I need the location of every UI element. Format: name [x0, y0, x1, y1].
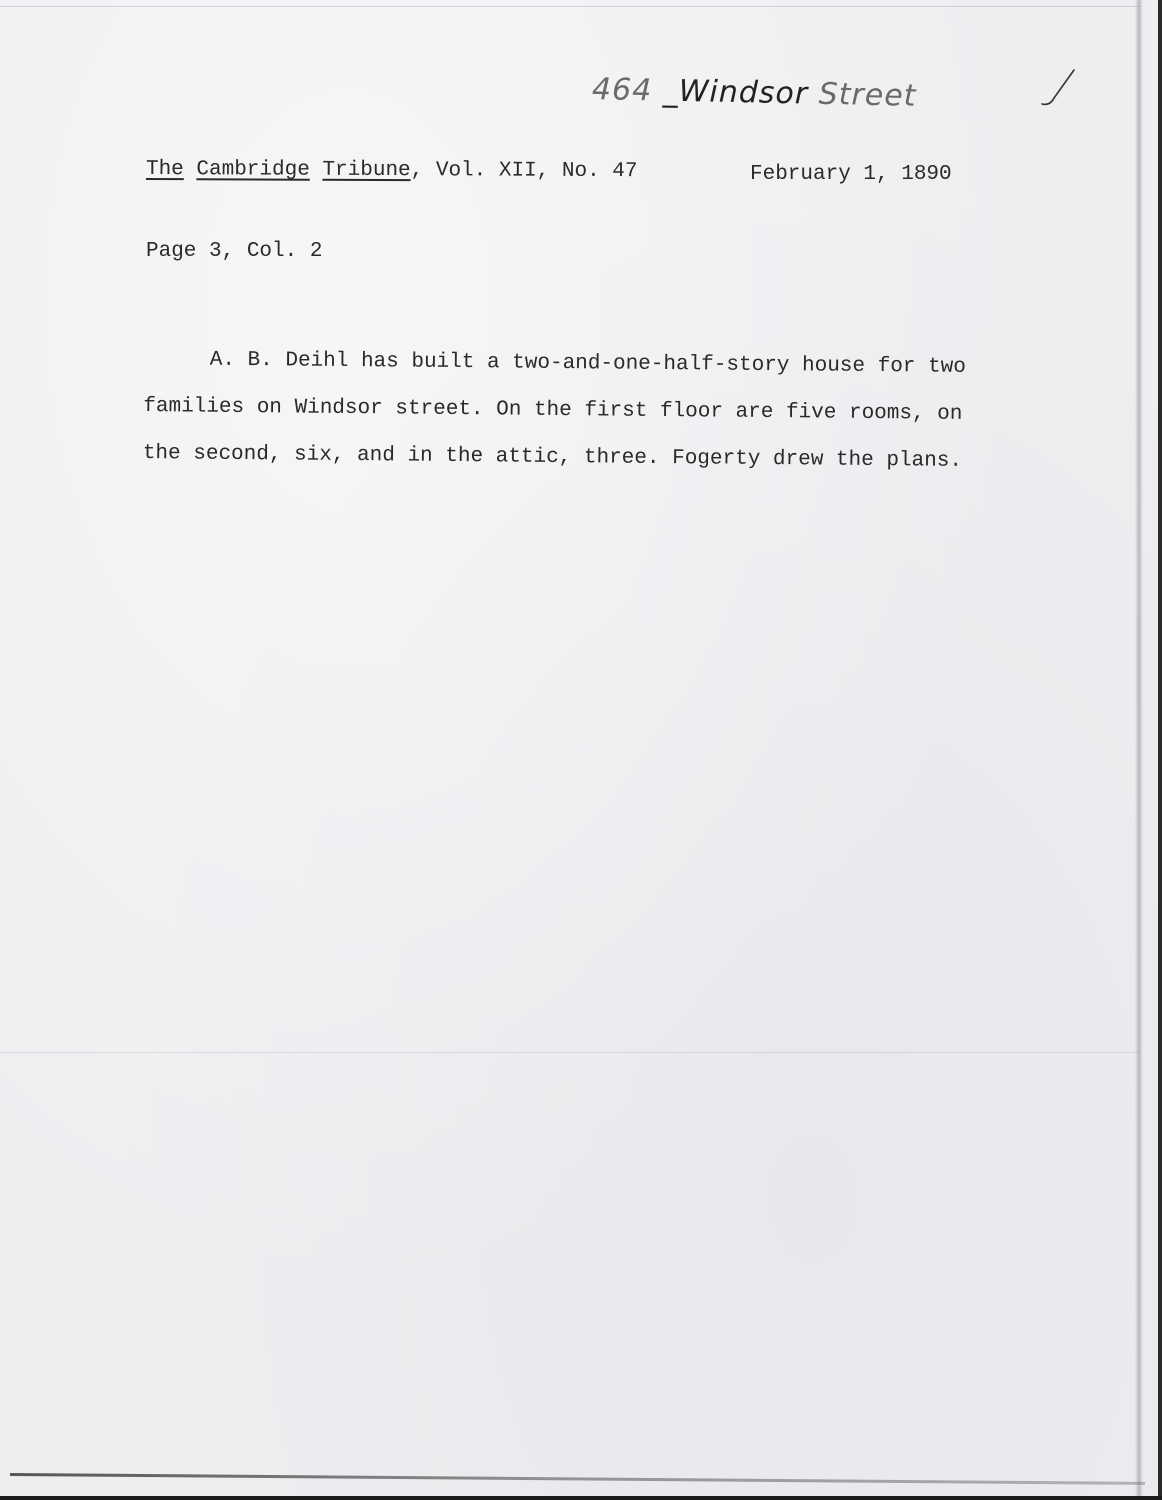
checkmark-icon — [1040, 68, 1076, 108]
page-right-shadow — [1135, 0, 1143, 1500]
handwritten-house-number: 464 — [592, 72, 653, 108]
article-line: the second, six, and in the attic, three… — [143, 430, 1063, 486]
page-top-edge — [0, 6, 1140, 7]
page-bottom-edge — [0, 1496, 1162, 1500]
publication-date: February 1, 1890 — [750, 163, 952, 186]
page-bottom-fold — [10, 1473, 1145, 1485]
handwritten-street-suffix: Street — [818, 77, 917, 114]
handwritten-address-annotation: 464 _Windsor Street — [592, 72, 917, 114]
article-body: A. B. Deihl has built a two-and-one-half… — [143, 336, 1064, 486]
page-column-reference: Page 3, Col. 2 — [146, 240, 322, 263]
newspaper-title-word: Cambridge — [196, 158, 310, 181]
handwritten-street-name: _Windsor — [662, 73, 808, 111]
volume-issue: , Vol. XII, No. 47 — [411, 159, 638, 183]
newspaper-title-word: The — [146, 158, 184, 181]
page-fold-line — [0, 1052, 1140, 1053]
scanned-page: 464 _Windsor Street The Cambridge Tribun… — [0, 0, 1162, 1500]
newspaper-title-word: Tribune — [322, 159, 410, 182]
page-right-edge — [1158, 0, 1162, 1500]
newspaper-citation: The Cambridge Tribune, Vol. XII, No. 47 — [146, 158, 638, 183]
